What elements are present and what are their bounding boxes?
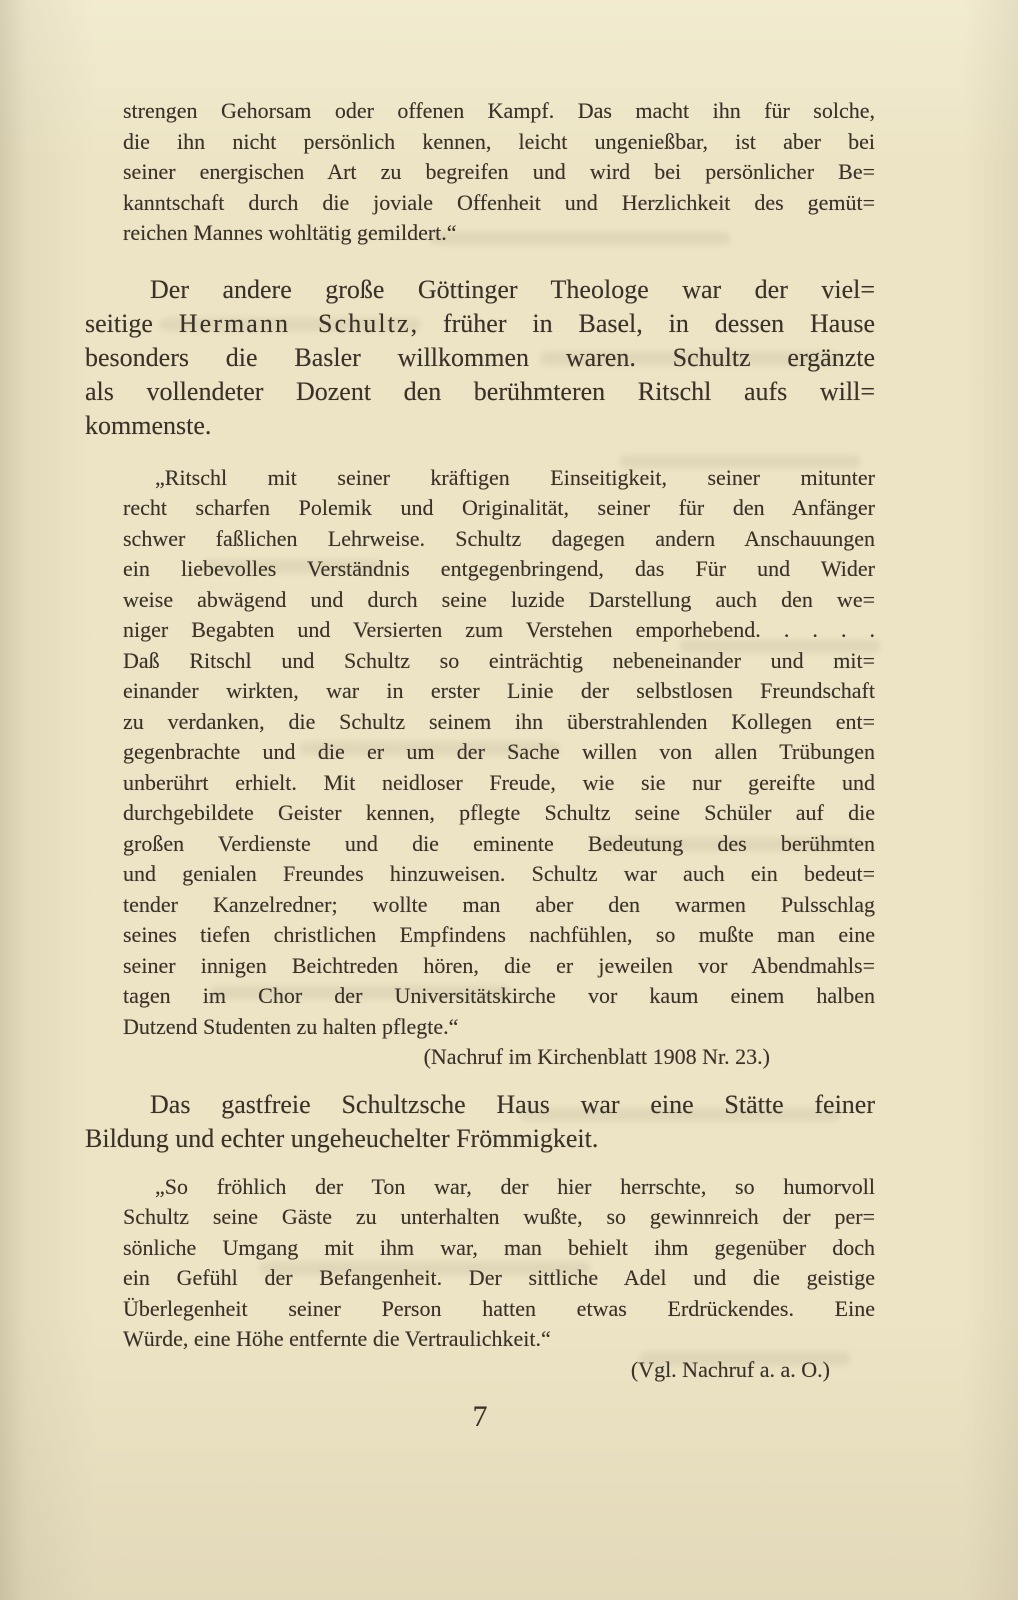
text-line: tagen im Chor der Universitätskirche vor… — [123, 981, 875, 1012]
paragraph-schultzsche-haus: Das gastfreie Schultzsche Haus war eine … — [85, 1088, 875, 1156]
quote-froehlicher-ton-block: „So fröhlich der Ton war, der hier herrs… — [123, 1172, 875, 1386]
text-line: kanntschaft durch die joviale Offenheit … — [123, 188, 875, 219]
quote-ritschl-schultz-block: „Ritschl mit seiner kräftigen Einseitigk… — [123, 463, 875, 1073]
text-segment: , früher in Basel, in dessen Hause — [411, 309, 875, 338]
text-line: strengen Gehorsam oder offenen Kampf. Da… — [123, 96, 875, 127]
text-line: Würde, eine Höhe entfernte die Vertrauli… — [123, 1324, 875, 1355]
text-line: Bildung und echter ungeheuchelter Frömmi… — [85, 1122, 875, 1156]
text-line: einander wirkten, war in erster Linie de… — [123, 676, 875, 707]
text-line: niger Begabten und Versierten zum Verste… — [123, 615, 875, 646]
scanned-book-page: strengen Gehorsam oder offenen Kampf. Da… — [0, 0, 1018, 1600]
text-line: die ihn nicht persönlich kennen, leicht … — [123, 127, 875, 158]
quote-continuation-block: strengen Gehorsam oder offenen Kampf. Da… — [123, 96, 875, 249]
text-line: ein Gefühl der Befangenheit. Der sittlic… — [123, 1263, 875, 1294]
text-line: Das gastfreie Schultzsche Haus war eine … — [85, 1088, 875, 1122]
text-line: recht scharfen Polemik und Originalität,… — [123, 493, 875, 524]
paragraph-goettinger-theologe: Der andere große Göttinger Theologe war … — [85, 273, 875, 443]
text-line: seines tiefen christlichen Empfindens na… — [123, 920, 875, 951]
text-line: Der andere große Göttinger Theologe war … — [85, 273, 875, 307]
text-line: tender Kanzelredner; wollte man aber den… — [123, 890, 875, 921]
text-line: Überlegenheit seiner Person hatten etwas… — [123, 1294, 875, 1325]
text-line: großen Verdienste und die eminente Bedeu… — [123, 829, 875, 860]
text-line: Schultz seine Gäste zu unterhalten wußte… — [123, 1202, 875, 1233]
text-column: strengen Gehorsam oder offenen Kampf. Da… — [0, 0, 1018, 1385]
text-line: seitige Hermann Schultz, früher in Basel… — [85, 307, 875, 341]
text-line: kommenste. — [85, 409, 875, 443]
text-line: ein liebevolles Verständnis entgegenbrin… — [123, 554, 875, 585]
text-line: „Ritschl mit seiner kräftigen Einseitigk… — [123, 463, 875, 494]
text-line: als vollendeter Dozent den berühmteren R… — [85, 375, 875, 409]
text-line: (Nachruf im Kirchenblatt 1908 Nr. 23.) — [123, 1042, 875, 1073]
text-line: durchgebildete Geister kennen, pflegte S… — [123, 798, 875, 829]
page-number: 7 — [85, 1400, 875, 1434]
text-line: reichen Mannes wohltätig gemildert.“ — [123, 218, 875, 249]
letterspaced-name: Hermann Schultz — [179, 309, 411, 338]
text-segment: seitige — [85, 309, 179, 338]
text-line: besonders die Basler willkommen waren. S… — [85, 341, 875, 375]
text-line: und genialen Freundes hinzuweisen. Schul… — [123, 859, 875, 890]
text-line: gegenbrachte und die er um der Sache wil… — [123, 737, 875, 768]
text-line: schwer faßlichen Lehrweise. Schultz dage… — [123, 524, 875, 555]
text-line: Dutzend Studenten zu halten pflegte.“ — [123, 1012, 875, 1043]
text-line: weise abwägend und durch seine luzide Da… — [123, 585, 875, 616]
text-line: (Vgl. Nachruf a. a. O.) — [123, 1355, 875, 1386]
text-line: zu verdanken, die Schultz seinem ihn übe… — [123, 707, 875, 738]
text-line: unberührt erhielt. Mit neidloser Freude,… — [123, 768, 875, 799]
text-line: sönliche Umgang mit ihm war, man behielt… — [123, 1233, 875, 1264]
text-line: Daß Ritschl und Schultz so einträchtig n… — [123, 646, 875, 677]
text-line: „So fröhlich der Ton war, der hier herrs… — [123, 1172, 875, 1203]
text-line: seiner innigen Beichtreden hören, die er… — [123, 951, 875, 982]
text-line: seiner energischen Art zu begreifen und … — [123, 157, 875, 188]
